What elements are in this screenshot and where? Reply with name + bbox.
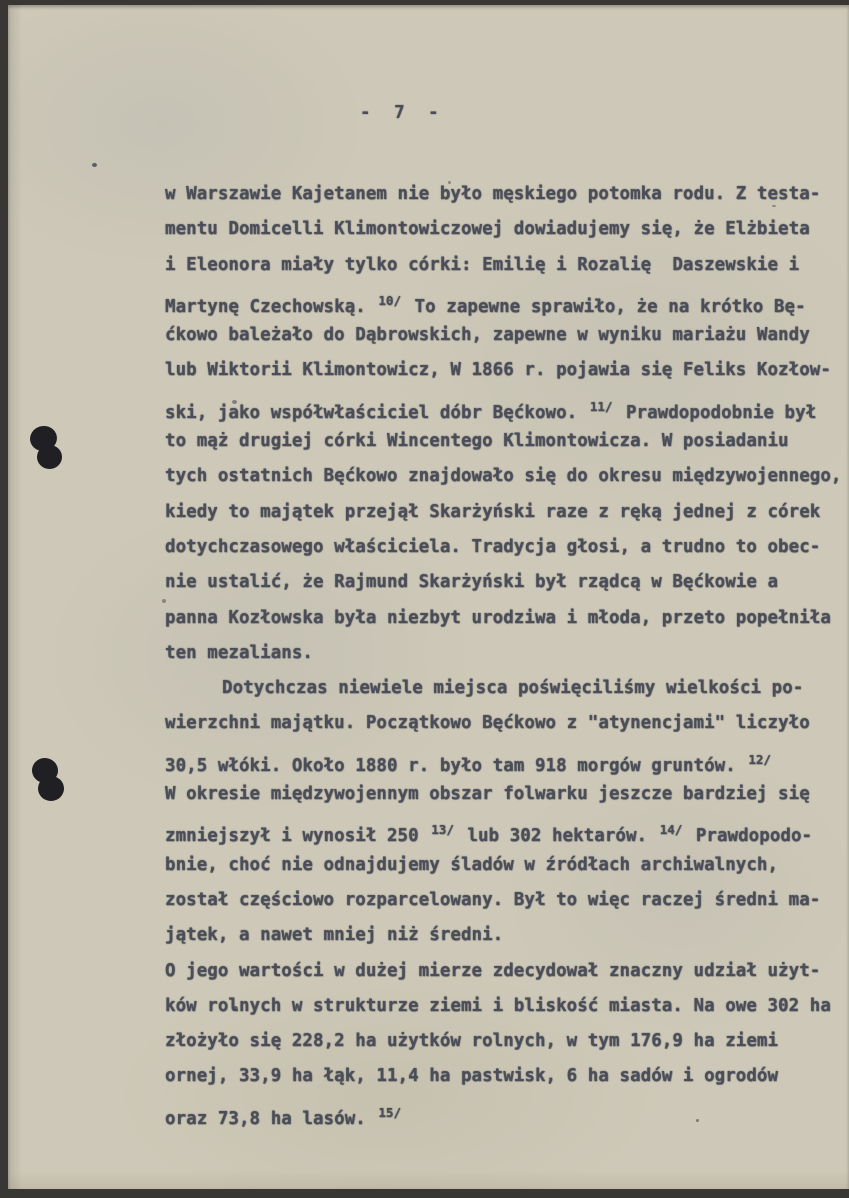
footnote-marker: 10/ (378, 293, 401, 308)
text-line: W okresie międzywojennym obszar folwarku… (165, 777, 849, 812)
footnote-marker: 15/ (378, 1105, 401, 1120)
footnote-marker: 11/ (590, 399, 613, 414)
text-line: ornej, 33,9 ha łąk, 11,4 ha pastwisk, 6 … (165, 1059, 849, 1094)
text-line: lub Wiktorii Klimontowicz, W 1866 r. poj… (165, 353, 849, 388)
text-line: ćkowo bależało do Dąbrowskich, zapewne w… (165, 318, 849, 353)
text-line: został częściowo rozparcelowany. Był to … (165, 883, 849, 918)
text-line: ski, jako współwłaściciel dóbr Bęćkowo. … (165, 389, 849, 424)
text-line: Martynę Czechowską. 10/ To zapewne spraw… (165, 283, 849, 318)
text-line: oraz 73,8 ha lasów. 15/ (165, 1095, 849, 1130)
text-line: bnie, choć nie odnajdujemy śladów w źród… (165, 848, 849, 883)
paper-speck (162, 599, 166, 603)
scanned-page: - 7 - w Warszawie Kajetanem nie było męs… (8, 5, 849, 1189)
paper-speck (233, 1006, 238, 1010)
text-line: panna Kozłowska była niezbyt urodziwa i … (165, 601, 849, 636)
paragraph: Dotychczas niewiele miejsca poświęciliśm… (165, 671, 849, 953)
text-line: kiedy to majątek przejął Skarżyński raze… (165, 495, 849, 530)
text-line: nie ustalić, że Rajmund Skarżyński był r… (165, 565, 849, 600)
text-line: złożyło się 228,2 ha użytków rolnych, w … (165, 1024, 849, 1059)
text-line: jątek, a nawet mniej niż średni. (165, 918, 849, 953)
text-line: zmniejszył i wynosił 250 13/ lub 302 hek… (165, 812, 849, 847)
document-text: w Warszawie Kajetanem nie było męskiego … (165, 177, 849, 1130)
text-line: O jego wartości w dużej mierze zdecydowa… (165, 954, 849, 989)
text-line: ten mezalians. (165, 636, 849, 671)
text-line: wierzchni majątku. Początkowo Bęćkowo z … (165, 706, 849, 741)
footnote-marker: 12/ (748, 752, 771, 767)
ink-blot (37, 445, 62, 469)
paper-speck (772, 205, 776, 207)
ink-blot (38, 776, 64, 801)
text-line: 30,5 włóki. Około 1880 r. było tam 918 m… (165, 742, 849, 777)
paragraph: w Warszawie Kajetanem nie było męskiego … (165, 177, 849, 671)
text-line: tych ostatnich Bęćkowo znajdowało się do… (165, 459, 849, 494)
text-line: dotychczasowego właściciela. Tradycja gł… (165, 530, 849, 565)
paper-speck (448, 181, 451, 184)
page-number: - 7 - (360, 103, 439, 123)
paper-speck (232, 400, 237, 404)
text-line: mentu Domicelli Klimontowiczowej dowiadu… (165, 212, 849, 247)
footnote-marker: 14/ (660, 822, 683, 837)
scan-background: { "page": { "page_number": "- 7 -", "par… (0, 0, 849, 1198)
paper-speck (92, 163, 97, 167)
paragraph: O jego wartości w dużej mierze zdecydowa… (165, 954, 849, 1130)
text-line: to mąż drugiej córki Wincentego Klimonto… (165, 424, 849, 459)
text-line: Dotychczas niewiele miejsca poświęciliśm… (165, 671, 849, 706)
paper-speck (696, 1119, 699, 1122)
footnote-marker: 13/ (431, 822, 454, 837)
text-line: w Warszawie Kajetanem nie było męskiego … (165, 177, 849, 212)
text-line: i Eleonora miały tylko córki: Emilię i R… (165, 248, 849, 283)
text-line: ków rolnych w strukturze ziemi i bliskoś… (165, 989, 849, 1024)
